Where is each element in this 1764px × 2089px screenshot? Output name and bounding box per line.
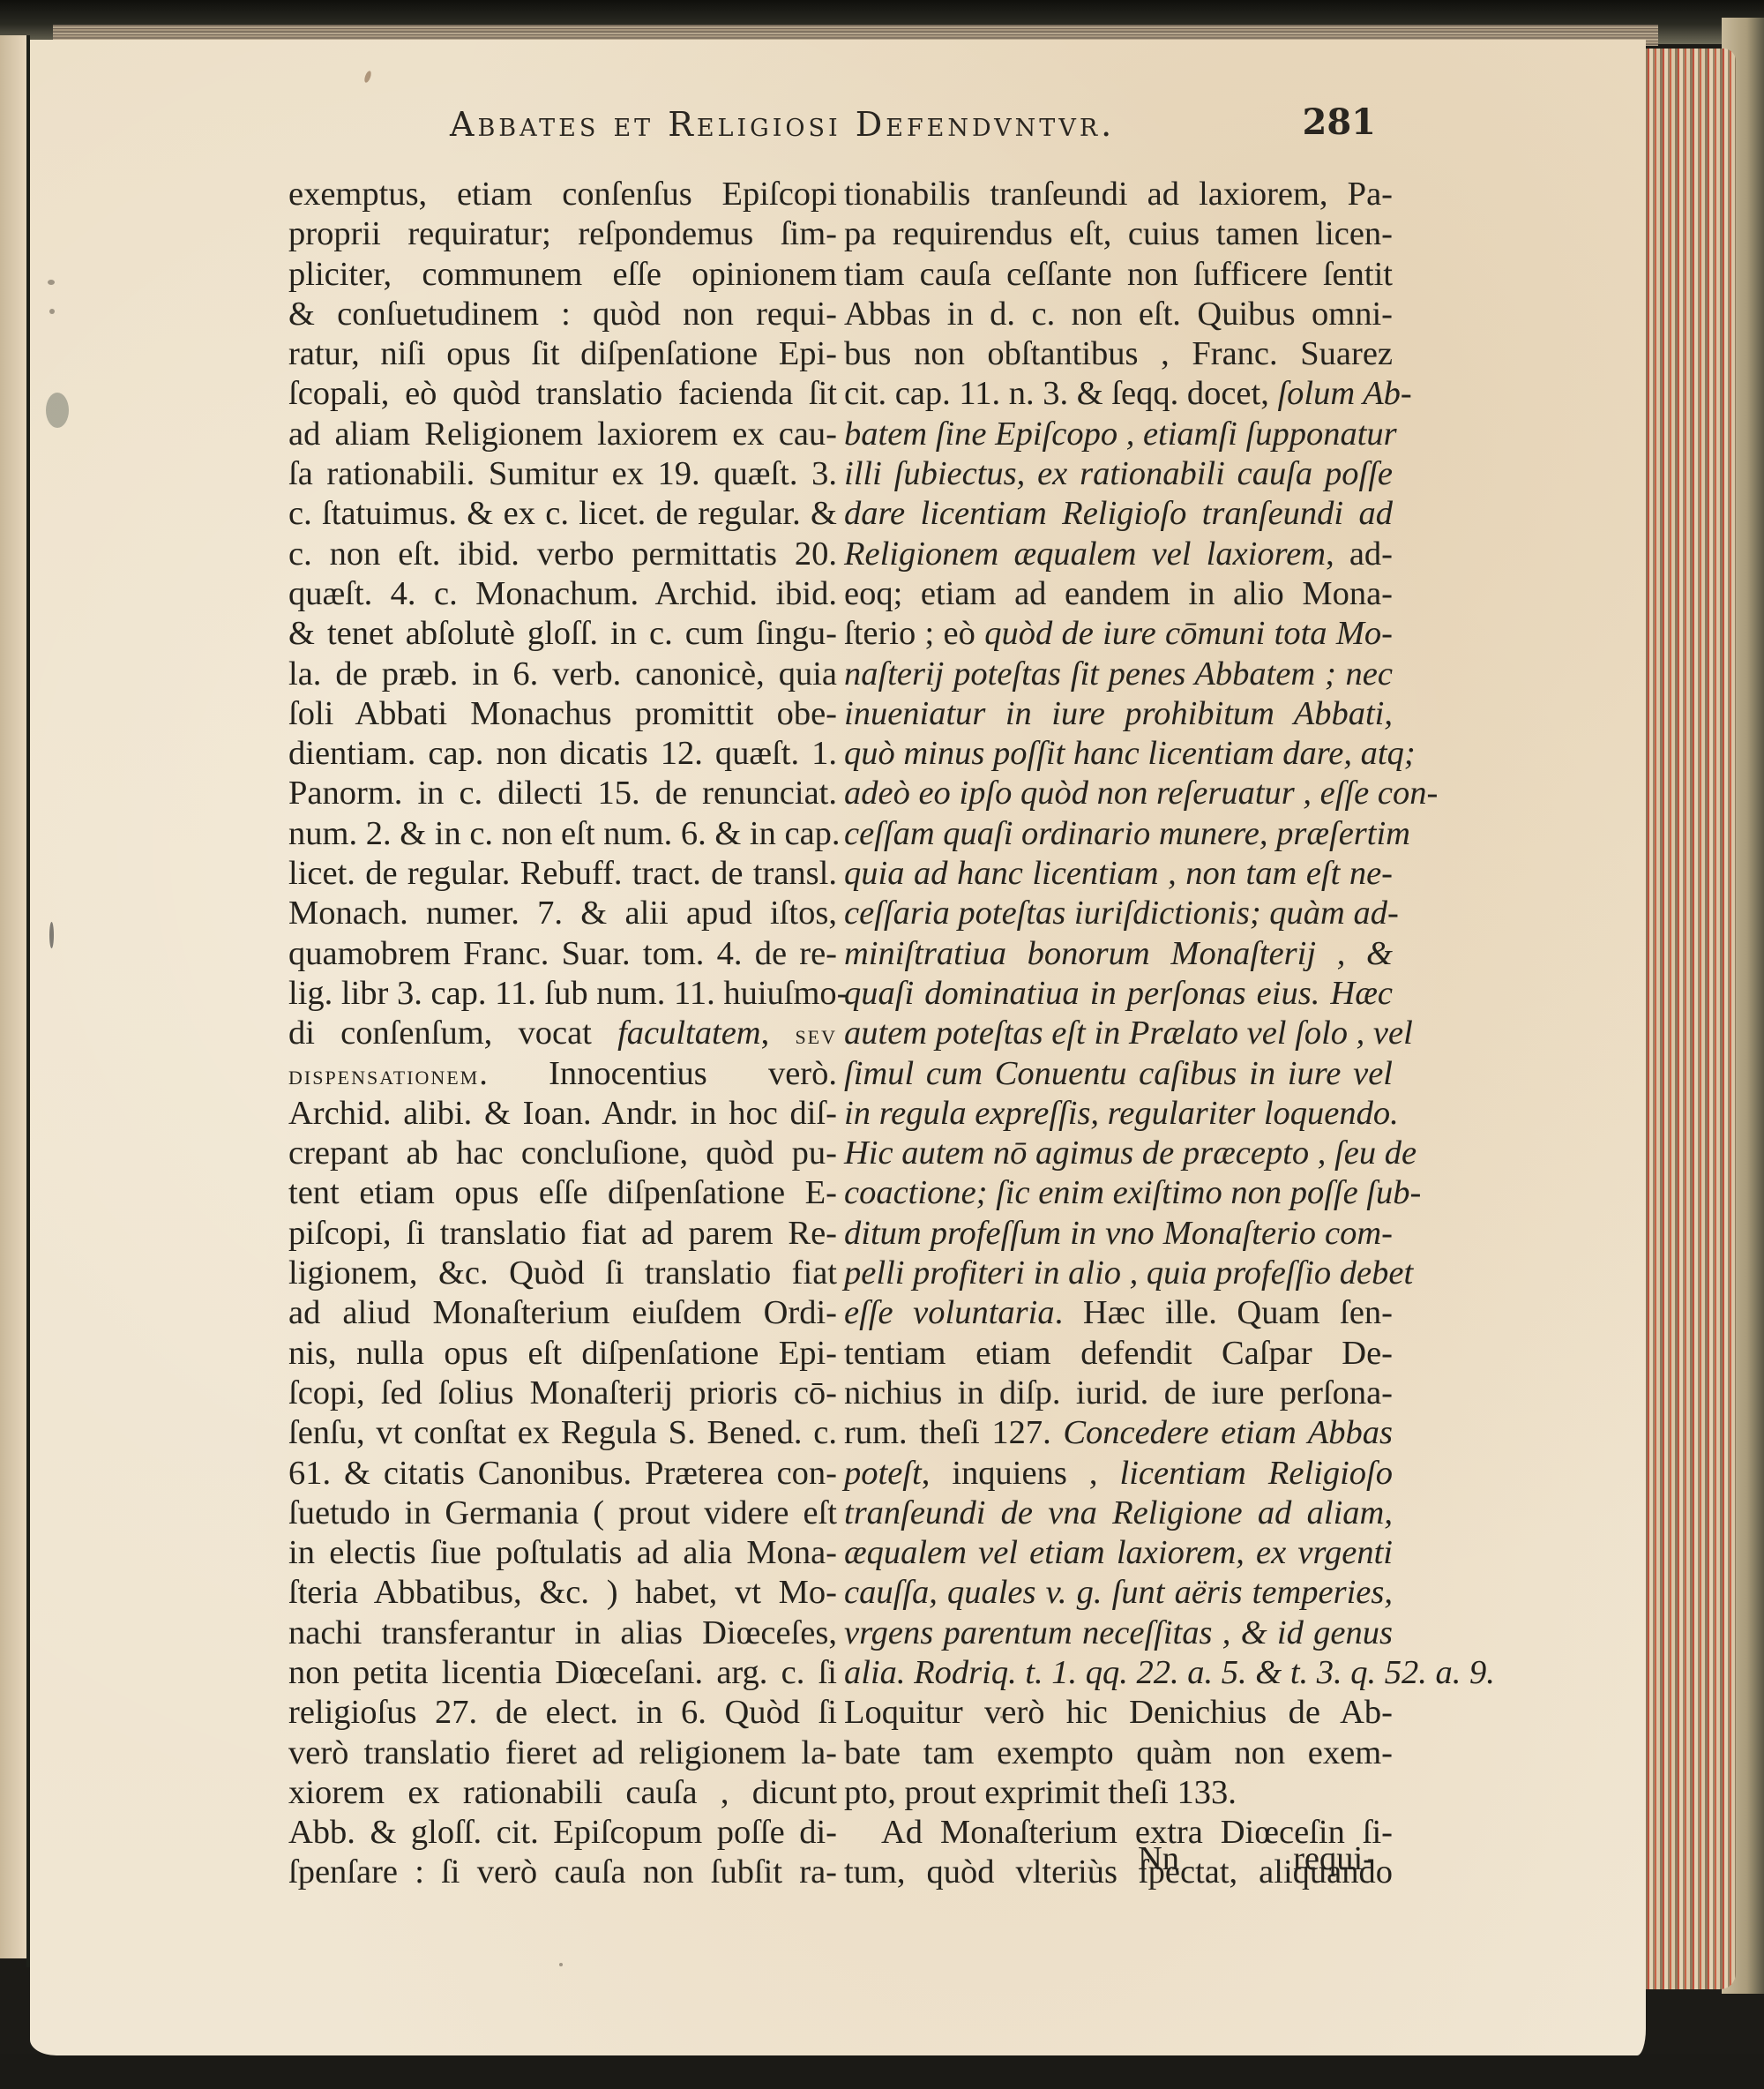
page-edge-stack: [1630, 49, 1736, 1989]
text-line: pa requirendus eſt, cuius tamen licen-: [844, 214, 1393, 254]
text-segment: facultatem: [617, 1015, 761, 1052]
text-segment: licentiam Religioſo: [1120, 1455, 1393, 1492]
text-line: ditum profeſſum in vno Monaſterio com-: [844, 1214, 1393, 1254]
text-segment: Religionem æqualem vel laxiorem: [844, 535, 1326, 573]
text-line: rum. theſi 127. Concedere etiam Abbas: [844, 1413, 1393, 1453]
text-line: ſuetudo in Germania ( prout videre eſt: [288, 1494, 837, 1533]
text-line: proprii requiratur; reſpondemus ſim-: [288, 214, 837, 254]
page-number: 281: [1303, 101, 1377, 143]
text-line: cauſſa, quales v. g. ſunt aëris temperie…: [844, 1573, 1393, 1613]
text-line: c. ſtatuimus. & ex c. licet. de regular.…: [288, 494, 837, 534]
text-line: inueniatur in iure prohibitum Abbati,: [844, 694, 1393, 734]
text-line: ſa rationabili. Sumitur ex 19. quæſt. 3.: [288, 454, 837, 494]
text-line: 61. & citatis Canonibus. Præterea con-: [288, 1454, 837, 1494]
text-line: æqualem vel etiam laxiorem, ex vrgenti: [844, 1533, 1393, 1573]
text-line: adeò eo ipſo quòd non reſeruatur , eſſe …: [844, 774, 1393, 813]
text-line: Abb. & gloſſ. cit. Epiſcopum poſſe di-: [288, 1813, 837, 1853]
text-line: ligionem, &c. Quòd ſi translatio fiat: [288, 1254, 837, 1293]
text-segment: eſſe voluntaria: [844, 1294, 1055, 1331]
text-line: poteſt, inquiens , licentiam Religioſo: [844, 1454, 1393, 1494]
bottom-shadow-edge: [0, 2054, 1764, 2089]
text-line: piſcopi, ſi translatio fiat ad parem Re-: [288, 1214, 837, 1254]
text-line: & conſuetudinem : quòd non requi-: [288, 295, 837, 334]
text-line: quæſt. 4. c. Monachum. Archid. ibid.: [288, 574, 837, 614]
text-line: dispensationem. Innocentius verò.: [288, 1054, 837, 1094]
text-segment: , ad-: [1326, 535, 1393, 573]
text-line: Panorm. in c. dilecti 15. de renunciat.: [288, 774, 837, 813]
text-line: ratur, niſi opus ſit diſpenſatione Epi-: [288, 334, 837, 374]
text-line: tranſeundi de vna Religione ad aliam,: [844, 1494, 1393, 1533]
text-line: Religionem æqualem vel laxiorem, ad-: [844, 535, 1393, 574]
text-line: ſteria Abbatibus, &c. ) habet, vt Mo-: [288, 1573, 837, 1613]
text-line: ad aliam Religionem laxiorem ex cau-: [288, 415, 837, 454]
text-line: pliciter, communem eſſe opinionem: [288, 255, 837, 295]
facing-page-sliver: [0, 35, 26, 1958]
signature-mark: Nn: [1138, 1839, 1179, 1878]
text-line: lig. libr 3. cap. 11. ſub num. 11. huiuſ…: [288, 974, 837, 1014]
page-header: Abbates et Religiosi Defendvntvr. 281: [450, 101, 1376, 154]
text-line: dare licentiam Religioſo tranſeundi ad: [844, 494, 1393, 534]
text-line: exemptus, etiam conſenſus Epiſcopi: [288, 175, 837, 214]
text-line: eoq; etiam ad eandem in alio Mona-: [844, 574, 1393, 614]
text-line: Monach. numer. 7. & alii apud iſtos,: [288, 894, 837, 933]
text-line: num. 2. & in c. non eſt num. 6. & in cap…: [288, 814, 837, 854]
text-segment: sev: [795, 1018, 837, 1050]
text-segment: poteſt: [844, 1455, 922, 1492]
text-line: ad aliud Monaſterium eiuſdem Ordi-: [288, 1293, 837, 1333]
text-line: bus non obſtantibus , Franc. Suarez: [844, 334, 1393, 374]
text-line: Loquitur verò hic Denichius de Ab-: [844, 1693, 1393, 1733]
text-segment: . Hæc ille. Quam ſen-: [1055, 1294, 1393, 1331]
text-line: ſenſu, vt conſtat ex Regula S. Bened. c.: [288, 1413, 837, 1453]
text-line: ſcopi, ſed ſolius Monaſterij prioris cō-: [288, 1374, 837, 1413]
text-line: eſſe voluntaria. Hæc ille. Quam ſen-: [844, 1293, 1393, 1333]
text-line: coactione; ſic enim exiſtimo non poſſe ſ…: [844, 1173, 1393, 1213]
text-line: pto, prout exprimit theſi 133.: [844, 1773, 1393, 1813]
left-column: exemptus, etiam conſenſus Epiſcopipropri…: [288, 175, 837, 1893]
text-line: nis, nulla opus eſt diſpenſatione Epi-: [288, 1334, 837, 1374]
text-line: autem poteſtas eſt in Prælato vel ſolo ,…: [844, 1014, 1393, 1053]
right-column: tionabilis tranſeundi ad laxiorem, Pa-pa…: [844, 175, 1393, 1893]
text-line: quamobrem Franc. Suar. tom. 4. de re-: [288, 934, 837, 974]
text-segment: ,: [761, 1015, 796, 1052]
text-line: non petita licentia Diœceſani. arg. c. ſ…: [288, 1653, 837, 1693]
text-line: tionabilis tranſeundi ad laxiorem, Pa-: [844, 175, 1393, 214]
text-line: ſpenſare : ſi verò cauſa non ſubſit ra-: [288, 1853, 837, 1892]
text-segment: rum. theſi 127.: [844, 1414, 1063, 1451]
text-segment: Concedere etiam Abbas: [1063, 1414, 1393, 1451]
text-line: xiorem ex rationabili cauſa , dicunt: [288, 1773, 837, 1813]
text-line: illi ſubiectus, ex rationabili cauſa poſ…: [844, 454, 1393, 494]
text-line: licet. de regular. Rebuff. tract. de tra…: [288, 854, 837, 894]
text-line: pelli profiteri in alio , quia profeſſio…: [844, 1254, 1393, 1293]
text-segment: ſolum Ab-: [1277, 375, 1411, 412]
text-segment: ſterio ; eò: [844, 615, 984, 652]
text-line: religioſus 27. de elect. in 6. Quòd ſi: [288, 1693, 837, 1733]
text-segment: . Innocentius verò.: [479, 1055, 837, 1092]
text-line: ſcopali, eò quòd translatio facienda ſit: [288, 374, 837, 414]
text-line: bate tam exempto quàm non exem-: [844, 1733, 1393, 1773]
text-line: tent etiam opus eſſe diſpenſatione E-: [288, 1173, 837, 1213]
text-line: & tenet abſolutè gloſſ. in c. cum ſingu-: [288, 614, 837, 654]
text-line: quia ad hanc licentiam , non tam eſt ne-: [844, 854, 1393, 894]
text-segment: di conſenſum, vocat: [288, 1015, 617, 1052]
text-line: ſterio ; eò quòd de iure cōmuni tota Mo-: [844, 614, 1393, 654]
book-scan: Abbates et Religiosi Defendvntvr. 281 ex…: [0, 0, 1764, 2089]
text-line: tentiam etiam defendit Caſpar De-: [844, 1334, 1393, 1374]
text-line: naſterij poteſtas ſit penes Abbatem ; ne…: [844, 655, 1393, 694]
text-line: Abbas in d. c. non eſt. Quibus omni-: [844, 295, 1393, 334]
text-line: tiam cauſa ceſſante non ſufficere ſentit: [844, 255, 1393, 295]
text-line: batem ſine Epiſcopo , etiamſi ſupponatur: [844, 415, 1393, 454]
text-line: in electis ſiue poſtulatis ad alia Mona-: [288, 1533, 837, 1573]
text-segment: dispensationem: [288, 1059, 479, 1090]
running-title: Abbates et Religiosi Defendvntvr.: [450, 105, 1115, 144]
text-line: in regula expreſſis, regulariter loquend…: [844, 1094, 1393, 1134]
text-line: nichius in diſp. iurid. de iure perſona-: [844, 1374, 1393, 1413]
text-line: dientiam. cap. non dicatis 12. quæſt. 1.: [288, 734, 837, 774]
text-line: c. non eſt. ibid. verbo permittatis 20.: [288, 535, 837, 574]
text-line: quaſi dominatiua in perſonas eius. Hæc: [844, 974, 1393, 1014]
text-line: miniſtratiua bonorum Monaſterij , &: [844, 934, 1393, 974]
text-line: ceſſam quaſi ordinario munere, præſertim: [844, 814, 1393, 854]
text-line: Hic autem nō agimus de præcepto , ſeu de: [844, 1134, 1393, 1173]
text-line: vrgens parentum neceſſitas , & id genus: [844, 1614, 1393, 1653]
text-line: verò translatio fieret ad religionem la-: [288, 1733, 837, 1773]
text-line: quò minus poſſit hanc licentiam dare, at…: [844, 734, 1393, 774]
catchword: requi-: [1293, 1839, 1374, 1878]
text-line: la. de præb. in 6. verb. canonicè, quia: [288, 655, 837, 694]
text-line: ceſſaria poteſtas iuriſdictionis; quàm a…: [844, 894, 1393, 933]
text-segment: , inquiens ,: [922, 1455, 1120, 1492]
text-line: di conſenſum, vocat facultatem, sev: [288, 1014, 837, 1053]
text-line: crepant ab hac concluſione, quòd pu-: [288, 1134, 837, 1173]
text-line: ſimul cum Conuentu caſibus in iure vel: [844, 1054, 1393, 1094]
text-segment: quòd de iure cōmuni tota Mo-: [984, 615, 1393, 652]
text-line: nachi transferantur in alias Diœceſes,: [288, 1614, 837, 1653]
text-line: ſoli Abbati Monachus promittit obe-: [288, 694, 837, 734]
text-segment: cit. cap. 11. n. 3. & ſeqq. docet,: [844, 375, 1277, 412]
text-line: alia. Rodriq. t. 1. qq. 22. a. 5. & t. 3…: [844, 1653, 1393, 1693]
page-footer: Nn requi-: [1138, 1839, 1374, 1878]
text-line: Archid. alibi. & Ioan. Andr. in hoc diſ-: [288, 1094, 837, 1134]
text-line: cit. cap. 11. n. 3. & ſeqq. docet, ſolum…: [844, 374, 1393, 414]
